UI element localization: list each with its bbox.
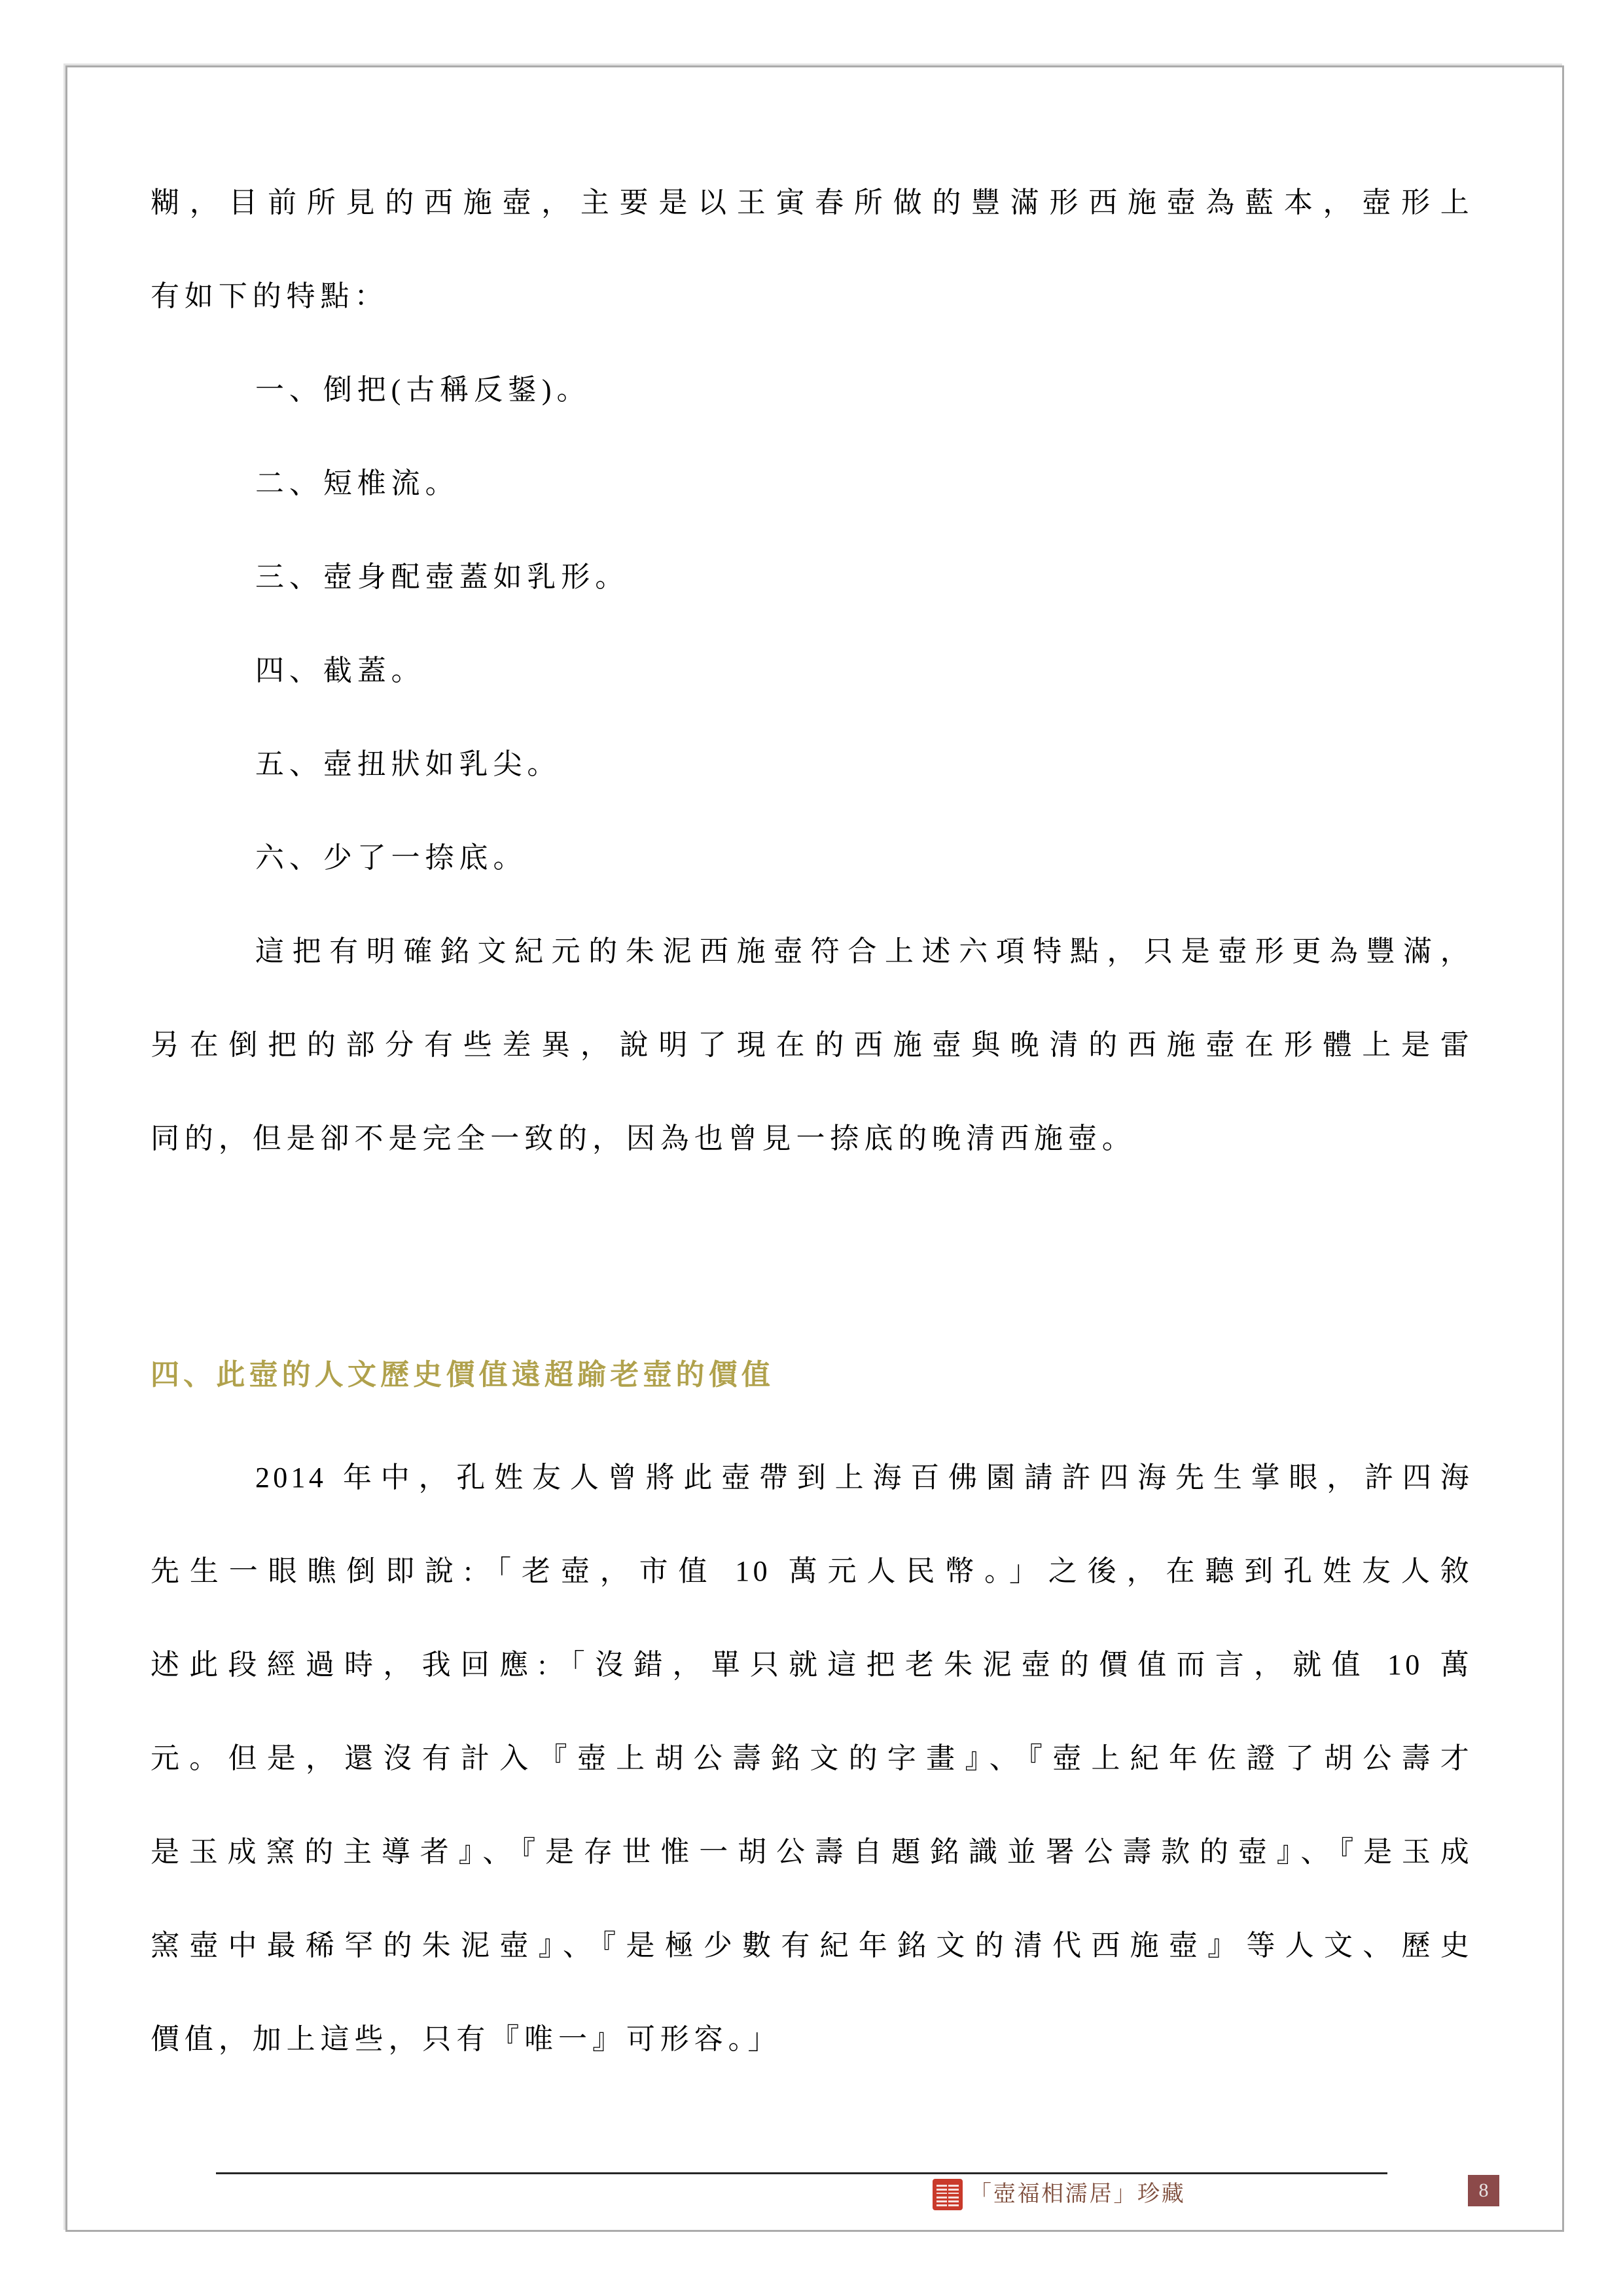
text-line: 2014 年中，孔姓友人曾將此壺帶到上海百佛園請許四海先生掌眼，許四海 <box>151 1431 1472 1524</box>
page-border: 糊，目前所見的西施壺，主要是以王寅春所做的豐滿形西施壺為藍本，壺形上有如下的特點… <box>65 65 1564 2232</box>
footer: 「壺福相濡居」珍藏 <box>933 2178 1185 2211</box>
text-line: 述此段經過時，我回應:「沒錯，單只就這把老朱泥壺的價值而言，就值 10 萬 <box>151 1618 1472 1712</box>
text-line: 是玉成窯的主導者』、『是存世惟一胡公壽自題銘識並署公壽款的壺』、『是玉成 <box>151 1805 1472 1899</box>
footer-divider <box>216 2172 1387 2174</box>
text-line: 三、壺身配壺蓋如乳形。 <box>151 530 1472 624</box>
text-line: 糊，目前所見的西施壺，主要是以王寅春所做的豐滿形西施壺為藍本，壺形上 <box>151 156 1472 249</box>
page-number: 8 <box>1479 2179 1489 2202</box>
text-line: 有如下的特點： <box>151 249 1472 343</box>
section-heading: 四、此壺的人文歷史價值遠超踰老壺的價值 <box>151 1326 1472 1431</box>
collection-label: 「壺福相濡居」珍藏 <box>969 2178 1185 2211</box>
text-line: 同的，但是卻不是完全一致的，因為也曾見一捺底的晚清西施壺。 <box>151 1092 1472 1185</box>
text-line: 先生一眼瞧倒即說:「老壺，市值 10 萬元人民幣。」之後，在聽到孔姓友人敘 <box>151 1524 1472 1618</box>
paragraph-gap <box>151 1185 1472 1326</box>
page-number-box: 8 <box>1468 2175 1499 2206</box>
text-line: 價值，加上這些，只有『唯一』可形容。」 <box>151 1992 1472 2086</box>
text-line: 元。但是，還沒有計入『壺上胡公壽銘文的字畫』、『壺上紀年佐證了胡公壽才 <box>151 1712 1472 1805</box>
document-body: 糊，目前所見的西施壺，主要是以王寅春所做的豐滿形西施壺為藍本，壺形上有如下的特點… <box>151 156 1472 2086</box>
text-line: 六、少了一捺底。 <box>151 811 1472 905</box>
text-line: 窯壺中最稀罕的朱泥壺』、『是極少數有紀年銘文的清代西施壺』等人文、歷史 <box>151 1899 1472 1992</box>
text-line: 四、截蓋。 <box>151 624 1472 717</box>
seal-stamp-icon <box>933 2179 963 2210</box>
text-line: 五、壺扭狀如乳尖。 <box>151 717 1472 811</box>
text-line: 一、倒把(古稱反鋬)。 <box>151 343 1472 437</box>
text-line: 另在倒把的部分有些差異，說明了現在的西施壺與晚清的西施壺在形體上是雷 <box>151 998 1472 1092</box>
text-line: 這把有明確銘文紀元的朱泥西施壺符合上述六項特點，只是壺形更為豐滿， <box>151 905 1472 998</box>
text-line: 二、短椎流。 <box>151 437 1472 530</box>
